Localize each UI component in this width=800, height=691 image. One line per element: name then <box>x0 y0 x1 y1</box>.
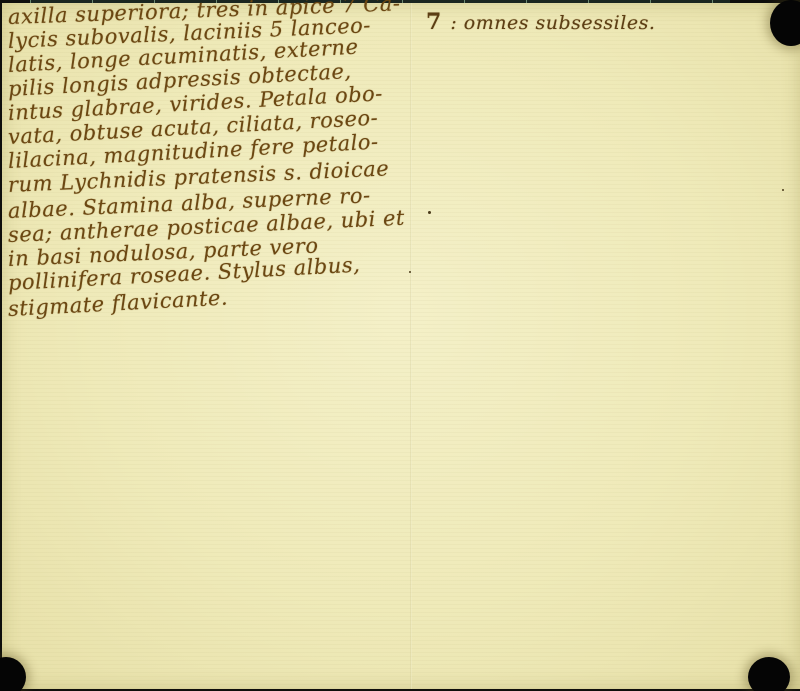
scan-canvas: axilla superiora; tres in apice 7 Ca- ly… <box>0 0 800 691</box>
page-fold <box>410 3 412 689</box>
main-text-block: axilla superiora; tres in apice 7 Ca- ly… <box>8 5 408 325</box>
ink-speck <box>428 211 431 214</box>
ink-speck <box>409 271 411 273</box>
manuscript-page: axilla superiora; tres in apice 7 Ca- ly… <box>2 3 800 689</box>
marginal-note: 7 : omnes subsessiles. <box>426 9 655 35</box>
punch-hole-bottom-right <box>748 657 790 691</box>
marginal-note-text: : omnes subsessiles. <box>450 12 655 34</box>
footnote-marker: 7 <box>426 9 442 35</box>
ink-speck <box>782 189 784 191</box>
